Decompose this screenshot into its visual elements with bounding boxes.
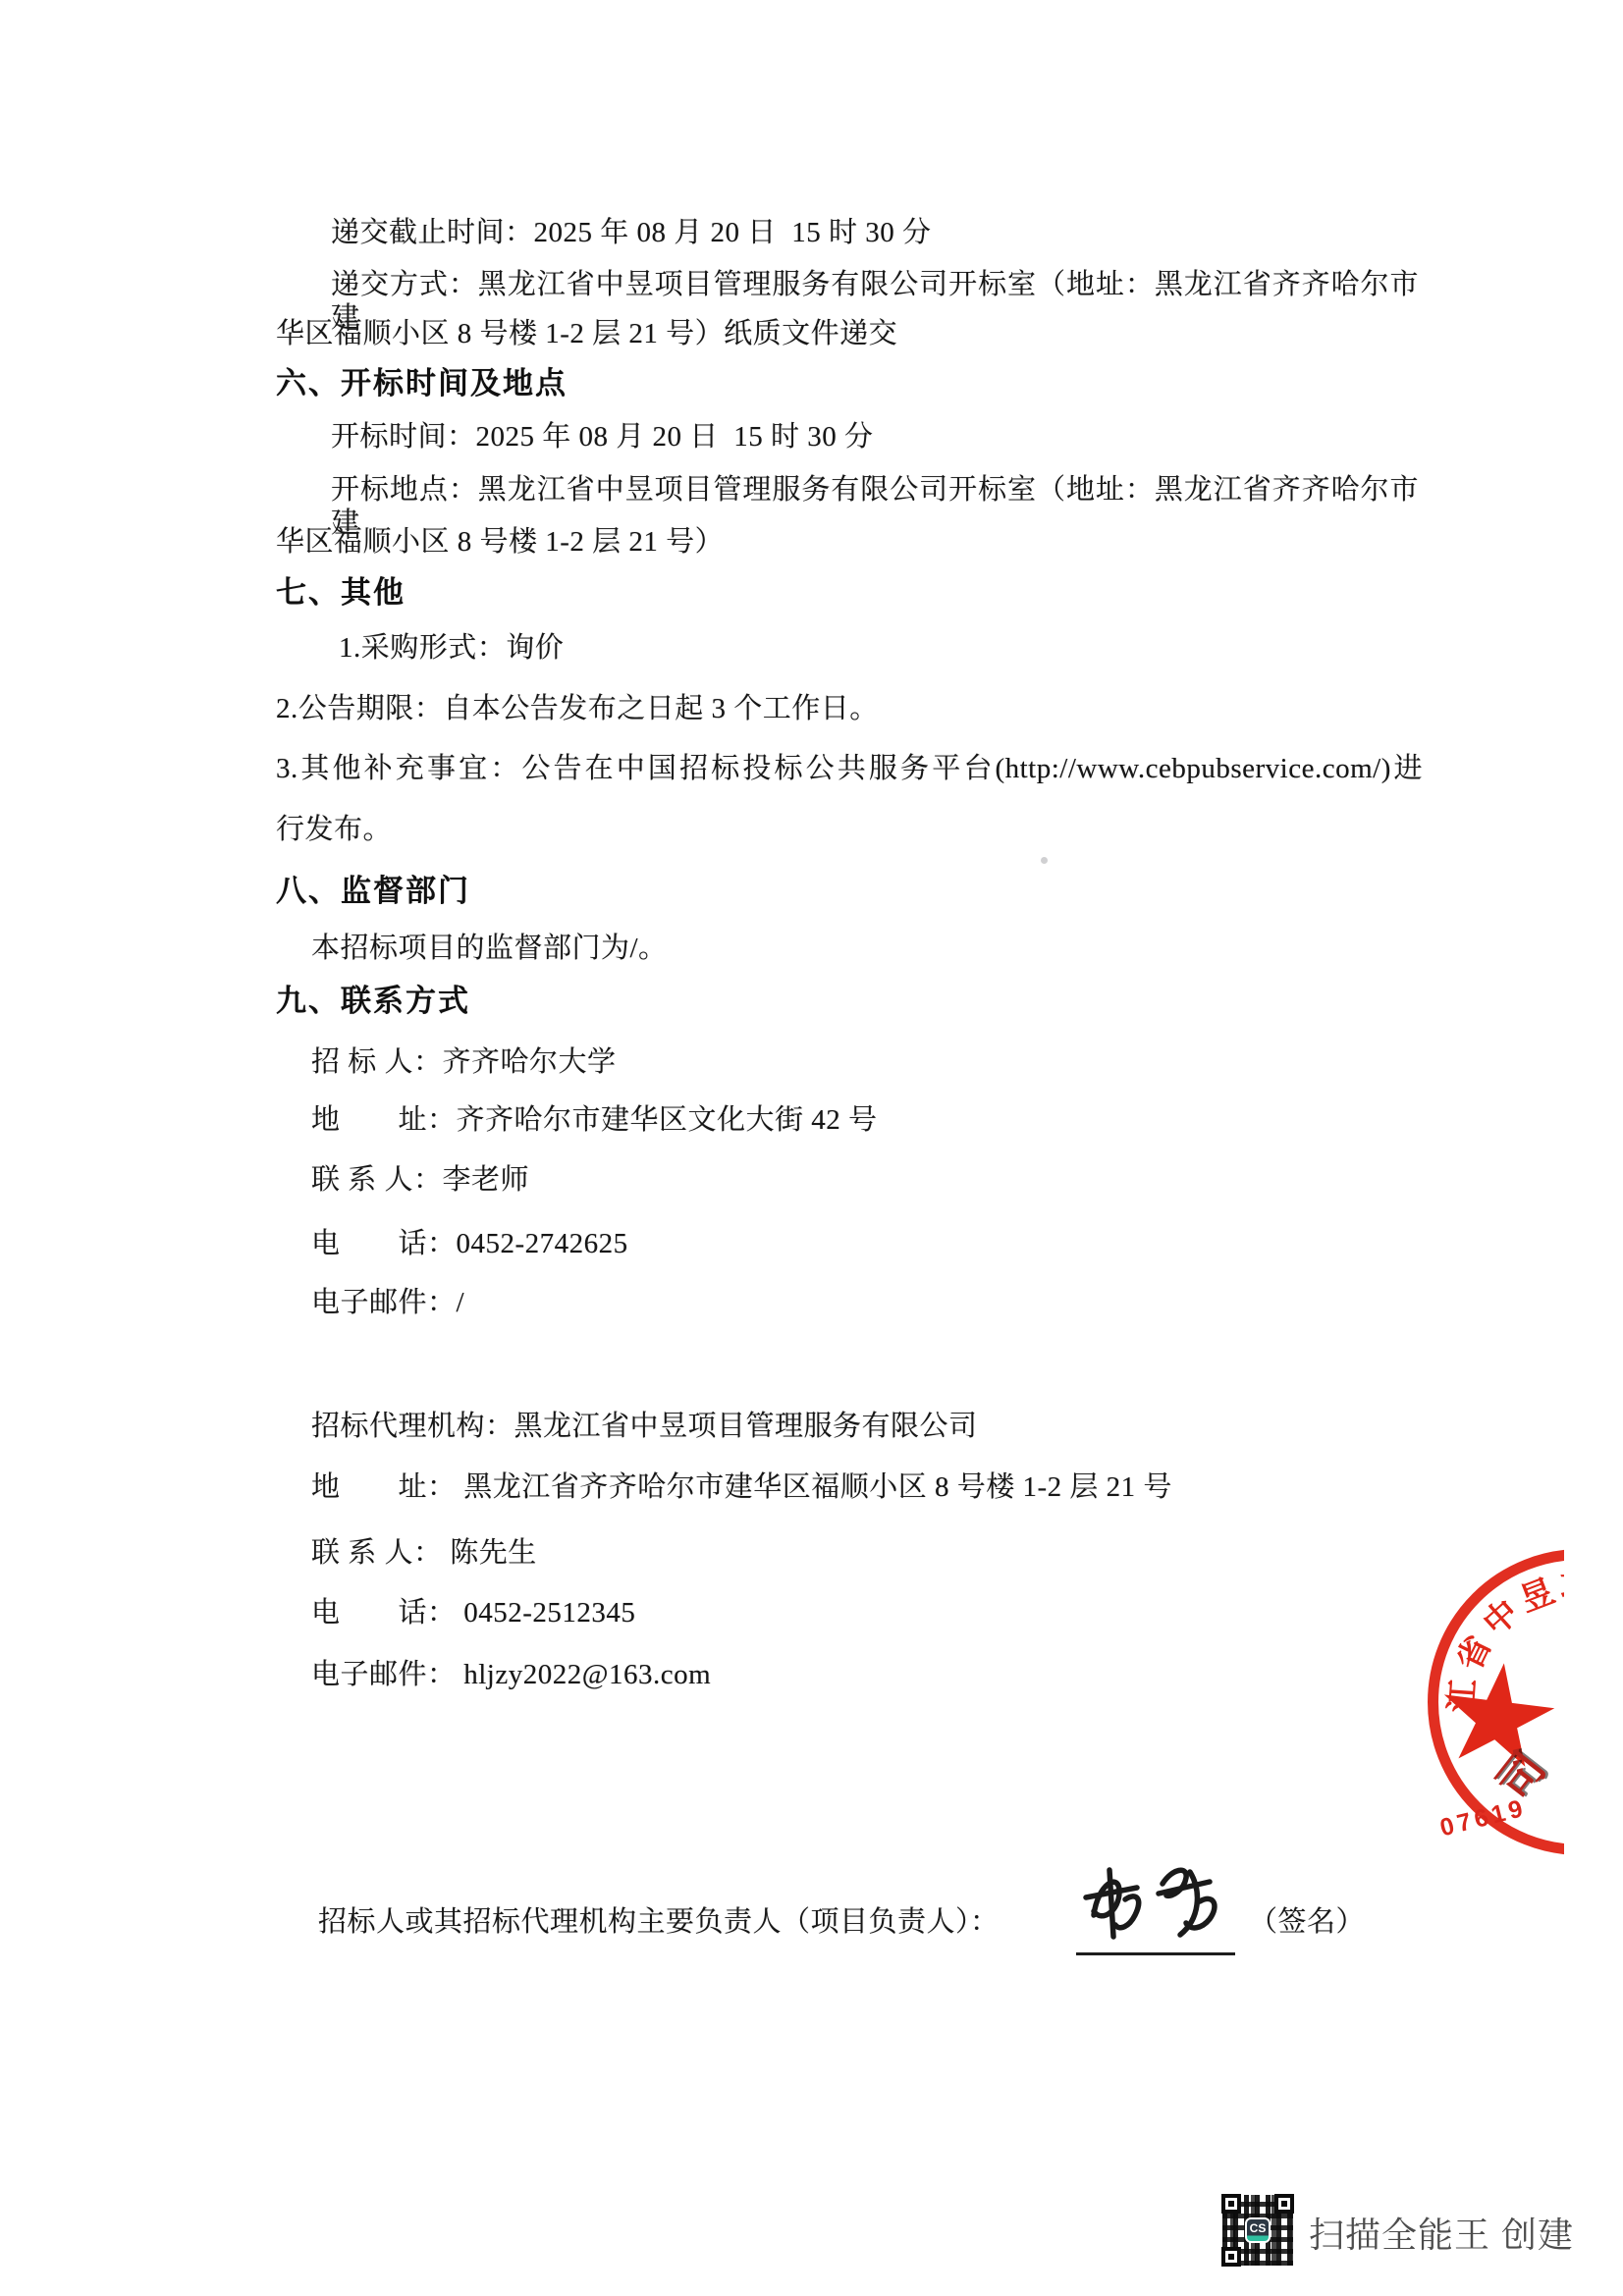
agency-contact: 联 系 人： 陈先生 (311, 1536, 537, 1570)
footer-caption: 扫描全能王 创建 (1309, 2208, 1574, 2258)
line-item-3b: 行发布。 (276, 813, 392, 846)
scanned-document-page: 递交截止时间：2025 年 08 月 20 日 15 时 30 分 递交方式：黑… (0, 0, 1623, 2296)
company-seal: 江 省 中 昱 项 司 07619 (1426, 1537, 1564, 1871)
heading-section-6: 六、开标时间及地点 (276, 367, 568, 400)
qr-finder-icon (1274, 2194, 1294, 2214)
agency-email: 电子邮件： hljzy2022@163.com (311, 1658, 711, 1691)
heading-section-7: 七、其他 (276, 576, 406, 610)
tenderer-contact: 联 系 人：李老师 (311, 1163, 529, 1197)
tenderer-phone: 电 话：0452-2742625 (311, 1227, 628, 1260)
tenderer-email: 电子邮件：/ (311, 1286, 464, 1319)
line-item-1: 1.采购形式：询价 (339, 631, 564, 665)
heading-section-9: 九、联系方式 (276, 985, 470, 1018)
line-submit-deadline: 递交截止时间：2025 年 08 月 20 日 15 时 30 分 (331, 216, 932, 249)
qr-finder-icon (1221, 2194, 1241, 2214)
line-supervision: 本招标项目的监督部门为/。 (311, 932, 668, 965)
seal-arc-char: 项 (1559, 1571, 1564, 1607)
line-open-place-2: 华区福顺小区 8 号楼 1-2 层 21 号） (276, 525, 724, 559)
signature-label: 招标人或其招标代理机构主要负责人（项目负责人）： (318, 1905, 1000, 1939)
tenderer-address: 地 址：齐齐哈尔市建华区文化大街 42 号 (311, 1103, 878, 1137)
agency-name: 招标代理机构：黑龙江省中昱项目管理服务有限公司 (311, 1410, 978, 1443)
line-item-3a: 3.其他补充事宜：公告在中国招标投标公共服务平台(http://www.cebp… (276, 752, 1423, 785)
line-open-time: 开标时间：2025 年 08 月 20 日 15 时 30 分 (331, 420, 874, 454)
signature-underline (1076, 1952, 1235, 1955)
line-submit-method-2: 华区福顺小区 8 号楼 1-2 层 21 号）纸质文件递交 (276, 317, 897, 350)
scan-artifact-dot (1041, 857, 1048, 864)
line-item-2: 2.公告期限：自本公告发布之日起 3 个工作日。 (276, 692, 879, 725)
agency-address: 地 址： 黑龙江省齐齐哈尔市建华区福顺小区 8 号楼 1-2 层 21 号 (311, 1470, 1172, 1504)
signature-suffix: （签名） (1249, 1905, 1365, 1939)
signature-handwriting (1080, 1858, 1247, 1951)
qr-finder-icon (1221, 2247, 1241, 2267)
agency-phone: 电 话： 0452-2512345 (311, 1596, 635, 1629)
tenderer-name: 招 标 人：齐齐哈尔大学 (311, 1045, 617, 1079)
camscanner-logo-icon: CS (1245, 2217, 1271, 2243)
heading-section-8: 八、监督部门 (276, 875, 470, 908)
qr-code: CS (1219, 2192, 1296, 2269)
